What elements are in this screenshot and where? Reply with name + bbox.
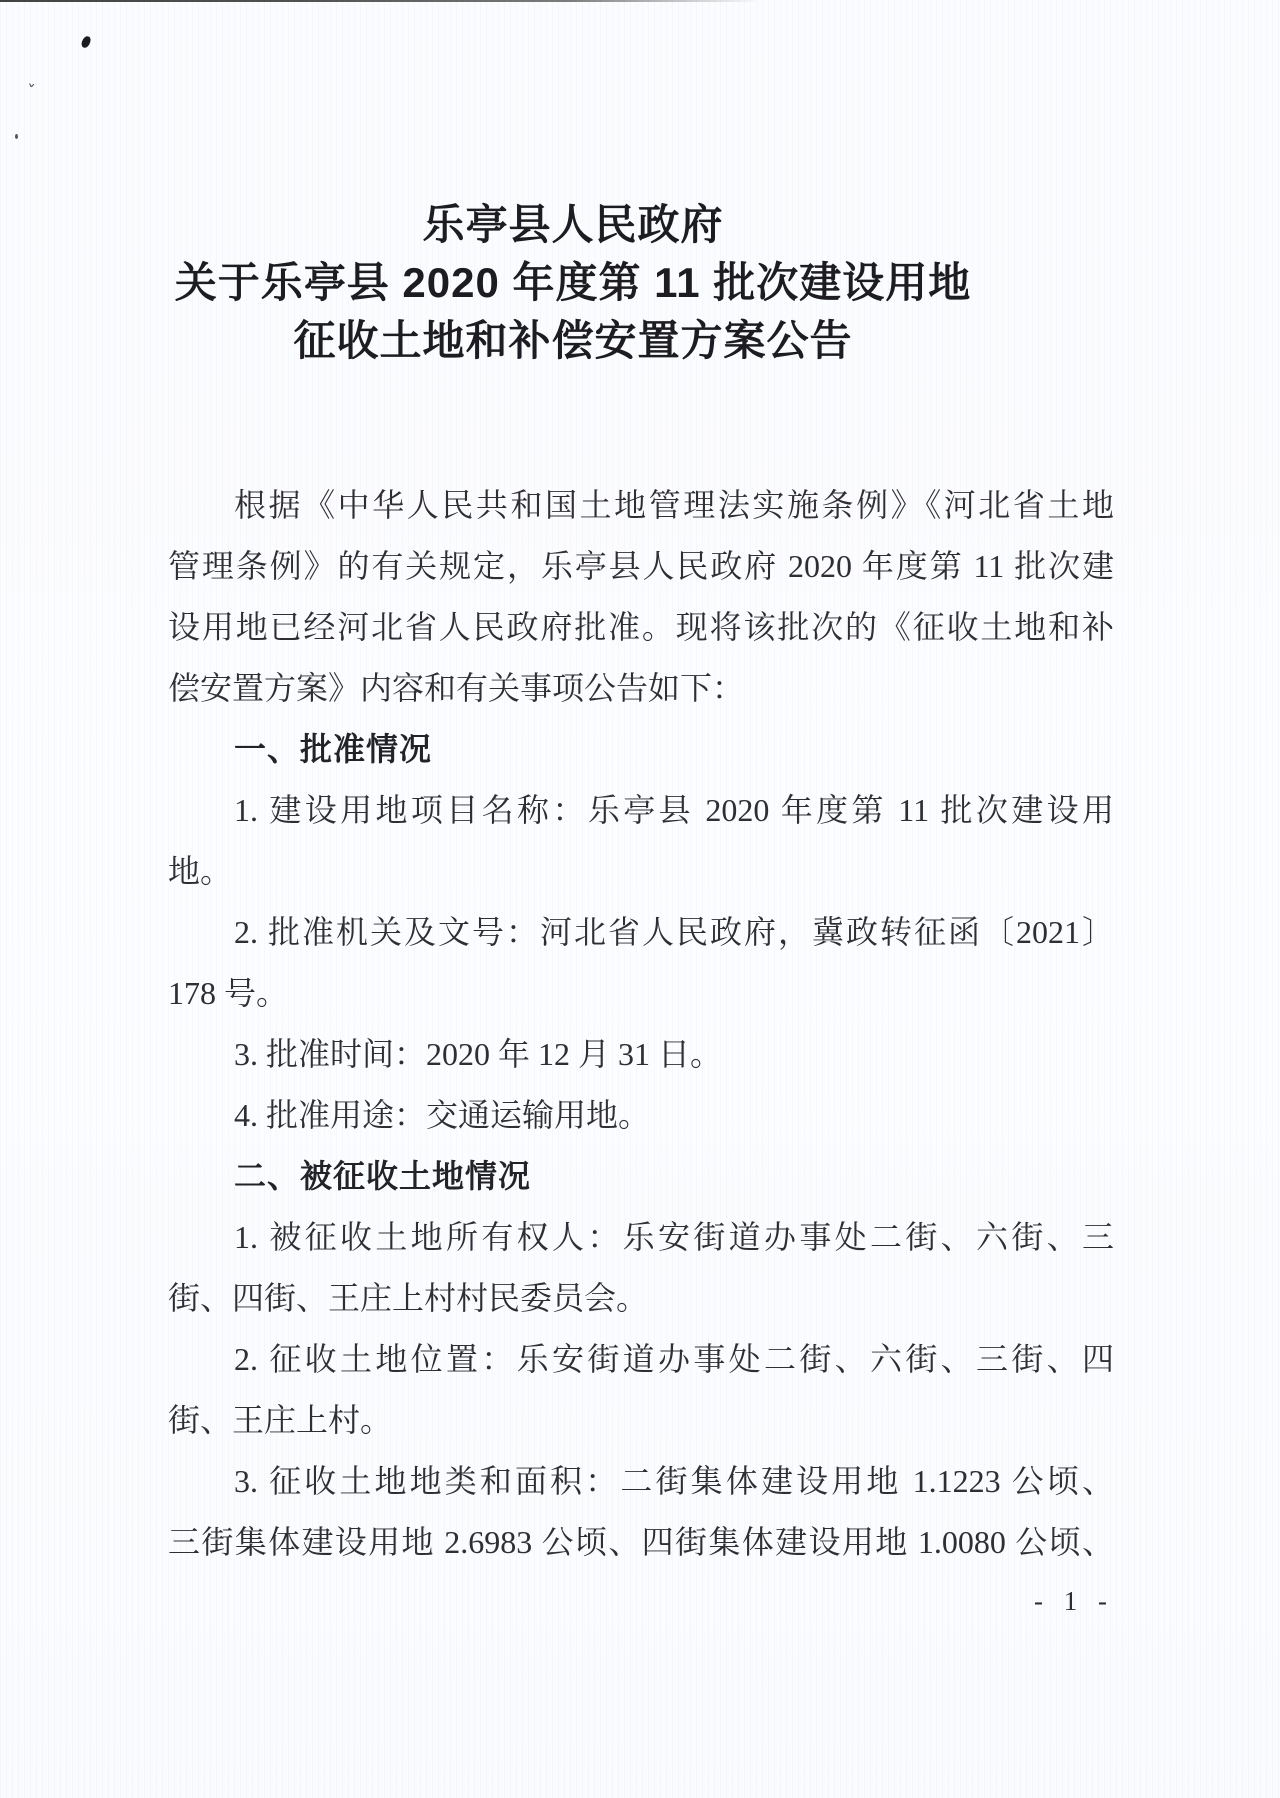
text-line: 1. 被征收土地所有权人：乐安街道办事处二街、六街、三: [168, 1207, 1114, 1268]
text-line: 管理条例》的有关规定，乐亭县人民政府 2020 年度第 11 批次建: [168, 536, 1114, 597]
page-number: - 1 -: [1034, 1586, 1109, 1617]
text-line: 1. 建设用地项目名称：乐亭县 2020 年度第 11 批次建设用: [168, 780, 1114, 841]
text-line: 3. 批准时间：2020 年 12 月 31 日。: [168, 1024, 1114, 1085]
text-line: 4. 批准用途：交通运输用地。: [168, 1085, 1114, 1146]
section-heading: 一、批准情况: [168, 719, 1114, 780]
scanned-document-page: ˇ 乐亭县人民政府 关于乐亭县 2020 年度第 11 批次建设用地 征收土地和…: [0, 0, 1280, 1798]
title-line-1: 乐亭县人民政府: [0, 196, 1146, 254]
text-line: 街、王庄上村。: [168, 1390, 1114, 1451]
document-body: 根据《中华人民共和国土地管理法实施条例》《河北省土地管理条例》的有关规定，乐亭县…: [168, 475, 1114, 1573]
text-line: 根据《中华人民共和国土地管理法实施条例》《河北省土地: [168, 475, 1114, 536]
text-line: 三街集体建设用地 2.6983 公顷、四街集体建设用地 1.0080 公顷、: [168, 1512, 1114, 1573]
text-line: 街、四街、王庄上村村民委员会。: [168, 1268, 1114, 1329]
text-line: 3. 征收土地地类和面积：二街集体建设用地 1.1223 公顷、: [168, 1451, 1114, 1512]
text-line: 偿安置方案》内容和有关事项公告如下：: [168, 658, 1114, 719]
scan-edge-artifact: [0, 0, 760, 2]
document-title: 乐亭县人民政府 关于乐亭县 2020 年度第 11 批次建设用地 征收土地和补偿…: [0, 196, 1146, 370]
pen-mark: ˇ: [25, 81, 37, 103]
text-line: 2. 征收土地位置：乐安街道办事处二街、六街、三街、四: [168, 1329, 1114, 1390]
text-line: 设用地已经河北省人民政府批准。现将该批次的《征收土地和补: [168, 597, 1114, 658]
dust-speck: [15, 134, 18, 139]
text-line: 178 号。: [168, 963, 1114, 1024]
title-line-3: 征收土地和补偿安置方案公告: [0, 312, 1146, 370]
section-heading: 二、被征收土地情况: [168, 1146, 1114, 1207]
ink-speck: [80, 35, 91, 49]
text-line: 地。: [168, 841, 1114, 902]
text-line: 2. 批准机关及文号：河北省人民政府，冀政转征函〔2021〕: [168, 902, 1114, 963]
title-line-2: 关于乐亭县 2020 年度第 11 批次建设用地: [0, 254, 1146, 312]
